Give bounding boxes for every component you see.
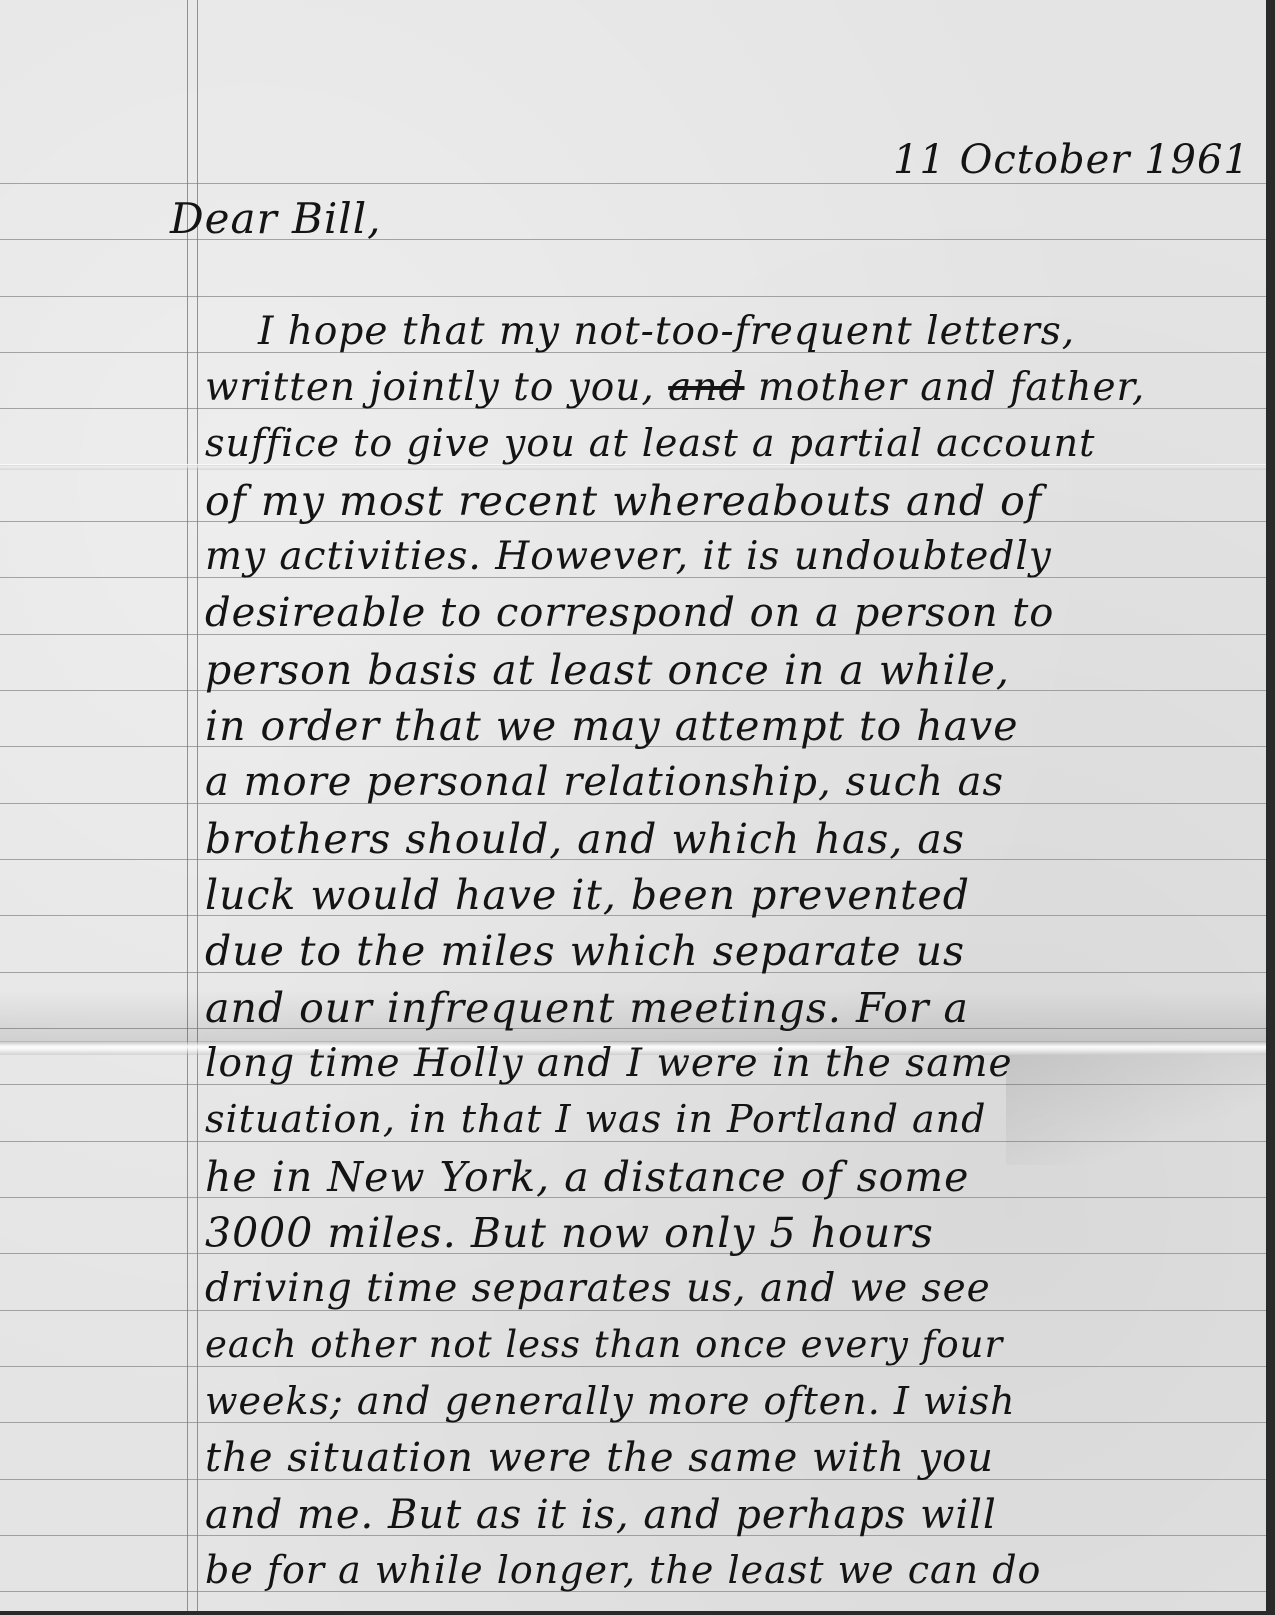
letter-line: the situation were the same with you bbox=[205, 1438, 994, 1478]
letter-line: suffice to give you at least a partial a… bbox=[205, 424, 1095, 462]
struck-word: and bbox=[668, 365, 744, 410]
letter-line: situation, in that I was in Portland and bbox=[205, 1100, 986, 1138]
letter-line: each other not less than once every four bbox=[205, 1326, 1003, 1363]
letter-line: in order that we may attempt to have bbox=[205, 706, 1018, 747]
letter-line: my activities. However, it is undoubtedl… bbox=[205, 537, 1052, 576]
letter-line: luck would have it, been prevented bbox=[205, 875, 970, 916]
letter-line: and me. But as it is, and perhaps will bbox=[205, 1495, 997, 1535]
letter-line: and our infrequent meetings. For a bbox=[205, 988, 969, 1029]
letter-page: 11 October 1961 Dear Bill, I hope that m… bbox=[0, 0, 1266, 1611]
letter-line-text: mother and father, bbox=[745, 365, 1146, 410]
letter-line: due to the miles which separate us bbox=[205, 931, 965, 972]
paper-corner-shadow bbox=[1006, 1055, 1266, 1165]
letter-line: I hope that my not-too-frequent letters, bbox=[258, 312, 1075, 351]
letter-line: weeks; and generally more often. I wish bbox=[205, 1382, 1016, 1420]
letter-line: brothers should, and which has, as bbox=[205, 819, 965, 860]
letter-line: person basis at least once in a while, bbox=[205, 650, 1010, 691]
letter-line: 3000 miles. But now only 5 hours bbox=[205, 1213, 934, 1254]
letter-line: written jointly to you, and mother and f… bbox=[205, 368, 1145, 407]
letter-line: desireable to correspond on a person to bbox=[205, 593, 1054, 633]
letter-line: of my most recent whereabouts and of bbox=[205, 481, 1042, 522]
ruled-line bbox=[0, 183, 1266, 184]
ruled-line bbox=[0, 296, 1266, 297]
letter-date: 11 October 1961 bbox=[893, 140, 1250, 180]
letter-line: be for a while longer, the least we can … bbox=[205, 1551, 1041, 1589]
letter-salutation: Dear Bill, bbox=[170, 198, 382, 240]
letter-line: long time Holly and I were in the same bbox=[205, 1044, 1013, 1083]
letter-line: driving time separates us, and we see bbox=[205, 1269, 991, 1308]
letter-line: a more personal relationship, such as bbox=[205, 762, 1004, 802]
ruled-line bbox=[0, 1366, 1266, 1367]
letter-line-text: written jointly to you, bbox=[205, 365, 668, 410]
letter-line: he in New York, a distance of some bbox=[205, 1157, 969, 1198]
